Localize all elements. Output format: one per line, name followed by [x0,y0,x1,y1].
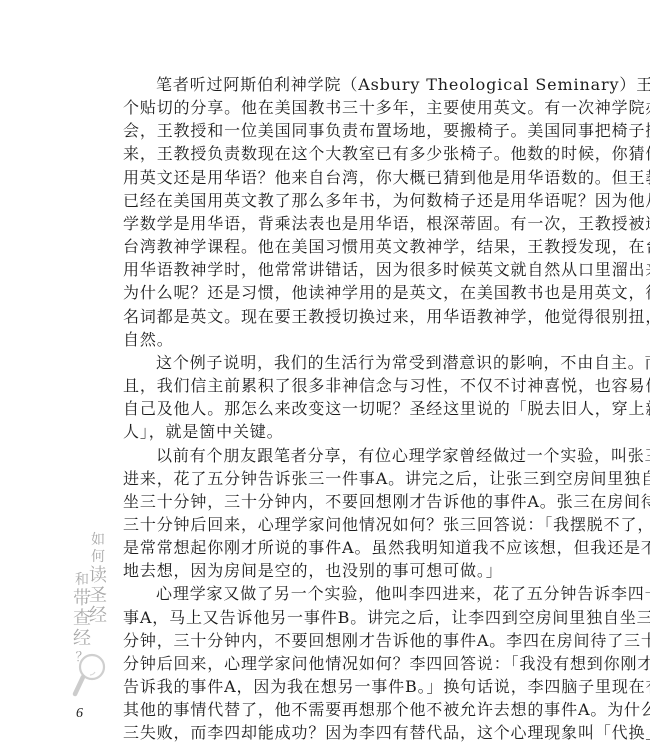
text-line: 用英文还是用华语？他来自台湾，你大概已猜到他是用华语数的。但王教授 [123,166,529,189]
book-title-column-1: 如 何 读 圣 经 [89,533,107,627]
title-char: 圣 [89,587,107,605]
text-line: 地去想，因为房间是空的，也没别的事可想可做。」 [123,559,529,582]
text-line: 分钟，三十分钟内，不要回想刚才告诉他的事件A。李四在房间待了三十 [123,629,529,652]
magnifying-glass-icon [70,650,110,700]
text-line: 台湾教神学课程。他在美国习惯用英文教神学，结果，王教授发现，在台湾 [123,235,529,258]
body-text: 笔者听过阿斯伯利神学院（Asbury Theological Seminary）… [123,73,529,745]
text-line: 且，我们信主前累积了很多非神信念与习性，不仅不讨神喜悦，也容易伤害 [123,374,529,397]
text-line: 三十分钟后回来，心理学家问他情况如何？张三回答说：「我摆脱不了，就 [123,513,529,536]
text-line: 这个例子说明，我们的生活行为常受到潜意识的影响，不由自主。而 [123,351,529,374]
text-line: 自然。 [123,328,529,351]
text-line: 为什么呢？还是习惯，他读神学用的是英文，在美国教书也是用英文，很多 [123,281,529,304]
text-line: 学数学是用华语，背乘法表也是用华语，根深蒂固。有一次，王教授被邀去 [123,212,529,235]
text-line: 分钟后回来，心理学家问他情况如何？李四回答说：「我没有想到你刚才 [123,652,529,675]
text-line: 事A，马上又告诉他另一事件B。讲完之后，让李四到空房间里独自坐三十 [123,606,529,629]
text-line: 三失败，而李四却能成功？因为李四有替代品，这个心理现象叫「代换」 [123,721,529,744]
paragraph-1: 笔者听过阿斯伯利神学院（Asbury Theological Seminary）… [123,73,529,351]
title-char: 带 [73,590,91,608]
text-line: 会，王教授和一位美国同事负责布置场地，要搬椅子。美国同事把椅子搬过 [123,119,529,142]
text-line: 以前有个朋友跟笔者分享，有位心理学家曾经做过一个实验，叫张三 [123,444,529,467]
text-line: 其他的事情代替了，他不需要再想那个他不被允许去想的事件A。为什么张 [123,698,529,721]
paragraph-3: 以前有个朋友跟笔者分享，有位心理学家曾经做过一个实验，叫张三 进来，花了五分钟告… [123,444,529,583]
text-line: 笔者听过阿斯伯利神学院（Asbury Theological Seminary）… [123,73,529,96]
text-line: 心理学家又做了另一个实验，他叫李四进来，花了五分钟告诉李四一件 [123,582,529,605]
page-number: 6 [76,706,83,722]
title-char: 经 [73,630,91,648]
paragraph-2: 这个例子说明，我们的生活行为常受到潜意识的影响，不由自主。而 且，我们信主前累积… [123,351,529,444]
text-line: 名词都是英文。现在要王教授切换过来，用华语教神学，他觉得很别扭，不 [123,305,529,328]
title-char: 查 [73,610,91,628]
text-line: 告诉我的事件A，因为我在想另一事件B。」换句话说，李四脑子里现在有 [123,675,529,698]
text-line: 来，王教授负责数现在这个大教室已有多少张椅子。他数的时候，你猜他是 [123,142,529,165]
text-line: 人」，就是箇中关键。 [123,420,529,443]
text-line: 是常常想起你刚才所说的事件A。虽然我明知道我不应该想，但我还是不断 [123,536,529,559]
title-char: 和 [75,573,89,587]
text-line: 个贴切的分享。他在美国教书三十多年，主要使用英文。有一次神学院办聚 [123,96,529,119]
book-page: 笔者听过阿斯伯利神学院（Asbury Theological Seminary）… [0,0,650,750]
paragraph-4: 心理学家又做了另一个实验，他叫李四进来，花了五分钟告诉李四一件 事A，马上又告诉… [123,582,529,744]
text-line: 自己及他人。那怎么来改变这一切呢？圣经这里说的「脱去旧人，穿上新 [123,397,529,420]
title-char: 读 [89,567,107,585]
text-line: 已经在美国用英文教了那么多年书，为何数椅子还是用华语呢？因为他从小 [123,189,529,212]
text-line: 进来，花了五分钟告诉张三一件事A。讲完之后，让张三到空房间里独自 [123,467,529,490]
text-line: 坐三十分钟，三十分钟内，不要回想刚才告诉他的事件A。张三在房间待了 [123,490,529,513]
text-line: 用华语教神学时，他常常讲错话，因为很多时候英文就自然从口里溜出来。 [123,258,529,281]
title-char: 何 [91,550,105,564]
title-char: 经 [89,607,107,625]
title-char: 如 [91,533,105,547]
